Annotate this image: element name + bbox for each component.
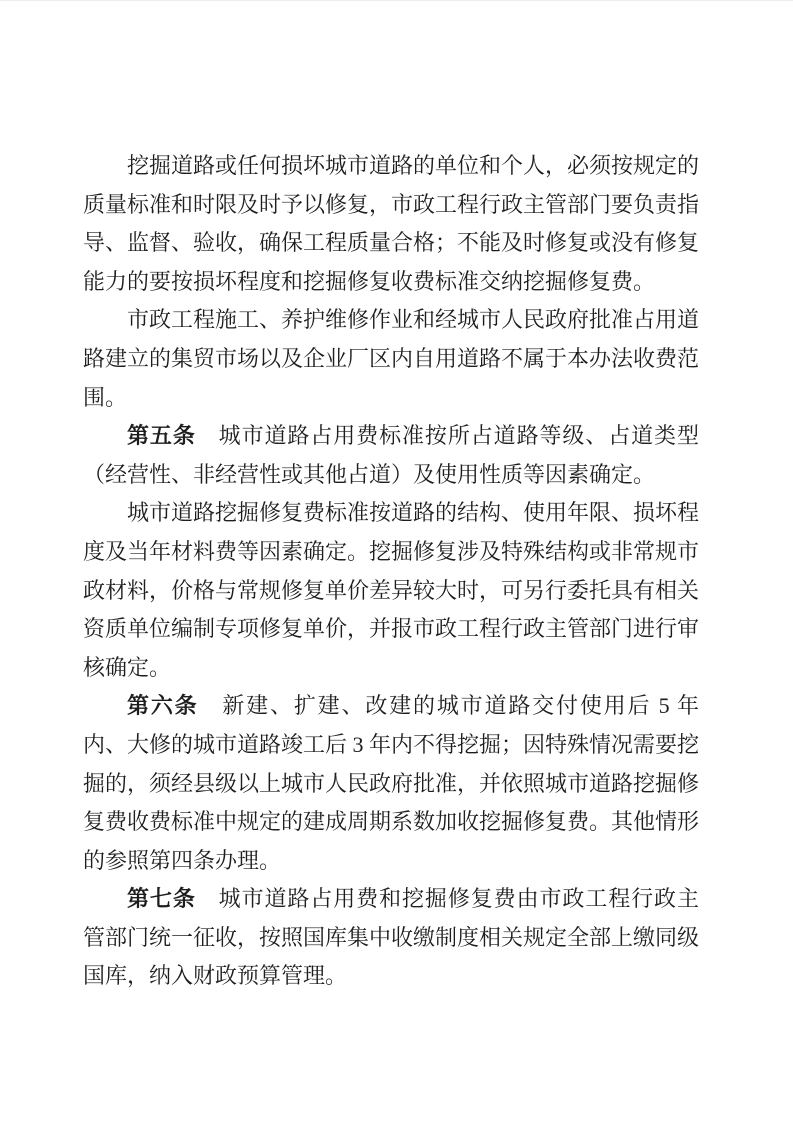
- article-7-label: 第七条: [127, 886, 196, 911]
- paragraph-text: 城市道路挖掘修复费标准按道路的结构、使用年限、损坏程度及当年材料费等因素确定。挖…: [83, 500, 699, 679]
- para-exemption-scope: 市政工程施工、养护维修作业和经城市人民政府批准占用道路建立的集贸市场以及企业厂区…: [83, 301, 699, 417]
- document-text-block: 挖掘道路或任何损坏城市道路的单位和个人，必须按规定的质量标准和时限及时予以修复，…: [83, 147, 699, 996]
- document-page: 挖掘道路或任何损坏城市道路的单位和个人，必须按规定的质量标准和时限及时予以修复，…: [0, 0, 793, 1122]
- para-article-7: 第七条 城市道路占用费和挖掘修复费由市政工程行政主管部门统一征收，按照国库集中收…: [83, 880, 699, 996]
- article-5-label: 第五条: [127, 423, 196, 448]
- paragraph-text: 挖掘道路或任何损坏城市道路的单位和个人，必须按规定的质量标准和时限及时予以修复，…: [83, 153, 699, 294]
- article-6-label: 第六条: [127, 693, 199, 718]
- para-article-6: 第六条 新建、扩建、改建的城市道路交付使用后 5 年内、大修的城市道路竣工后 3…: [83, 687, 699, 880]
- para-repair-obligation: 挖掘道路或任何损坏城市道路的单位和个人，必须按规定的质量标准和时限及时予以修复，…: [83, 147, 699, 301]
- para-excavation-fee-standard: 城市道路挖掘修复费标准按道路的结构、使用年限、损坏程度及当年材料费等因素确定。挖…: [83, 494, 699, 687]
- paragraph-text: 市政工程施工、养护维修作业和经城市人民政府批准占用道路建立的集贸市场以及企业厂区…: [83, 307, 699, 409]
- para-article-5: 第五条 城市道路占用费标准按所占道路等级、占道类型（经营性、非经营性或其他占道）…: [83, 417, 699, 494]
- paragraph-text: 新建、扩建、改建的城市道路交付使用后 5 年内、大修的城市道路竣工后 3 年内不…: [83, 693, 699, 872]
